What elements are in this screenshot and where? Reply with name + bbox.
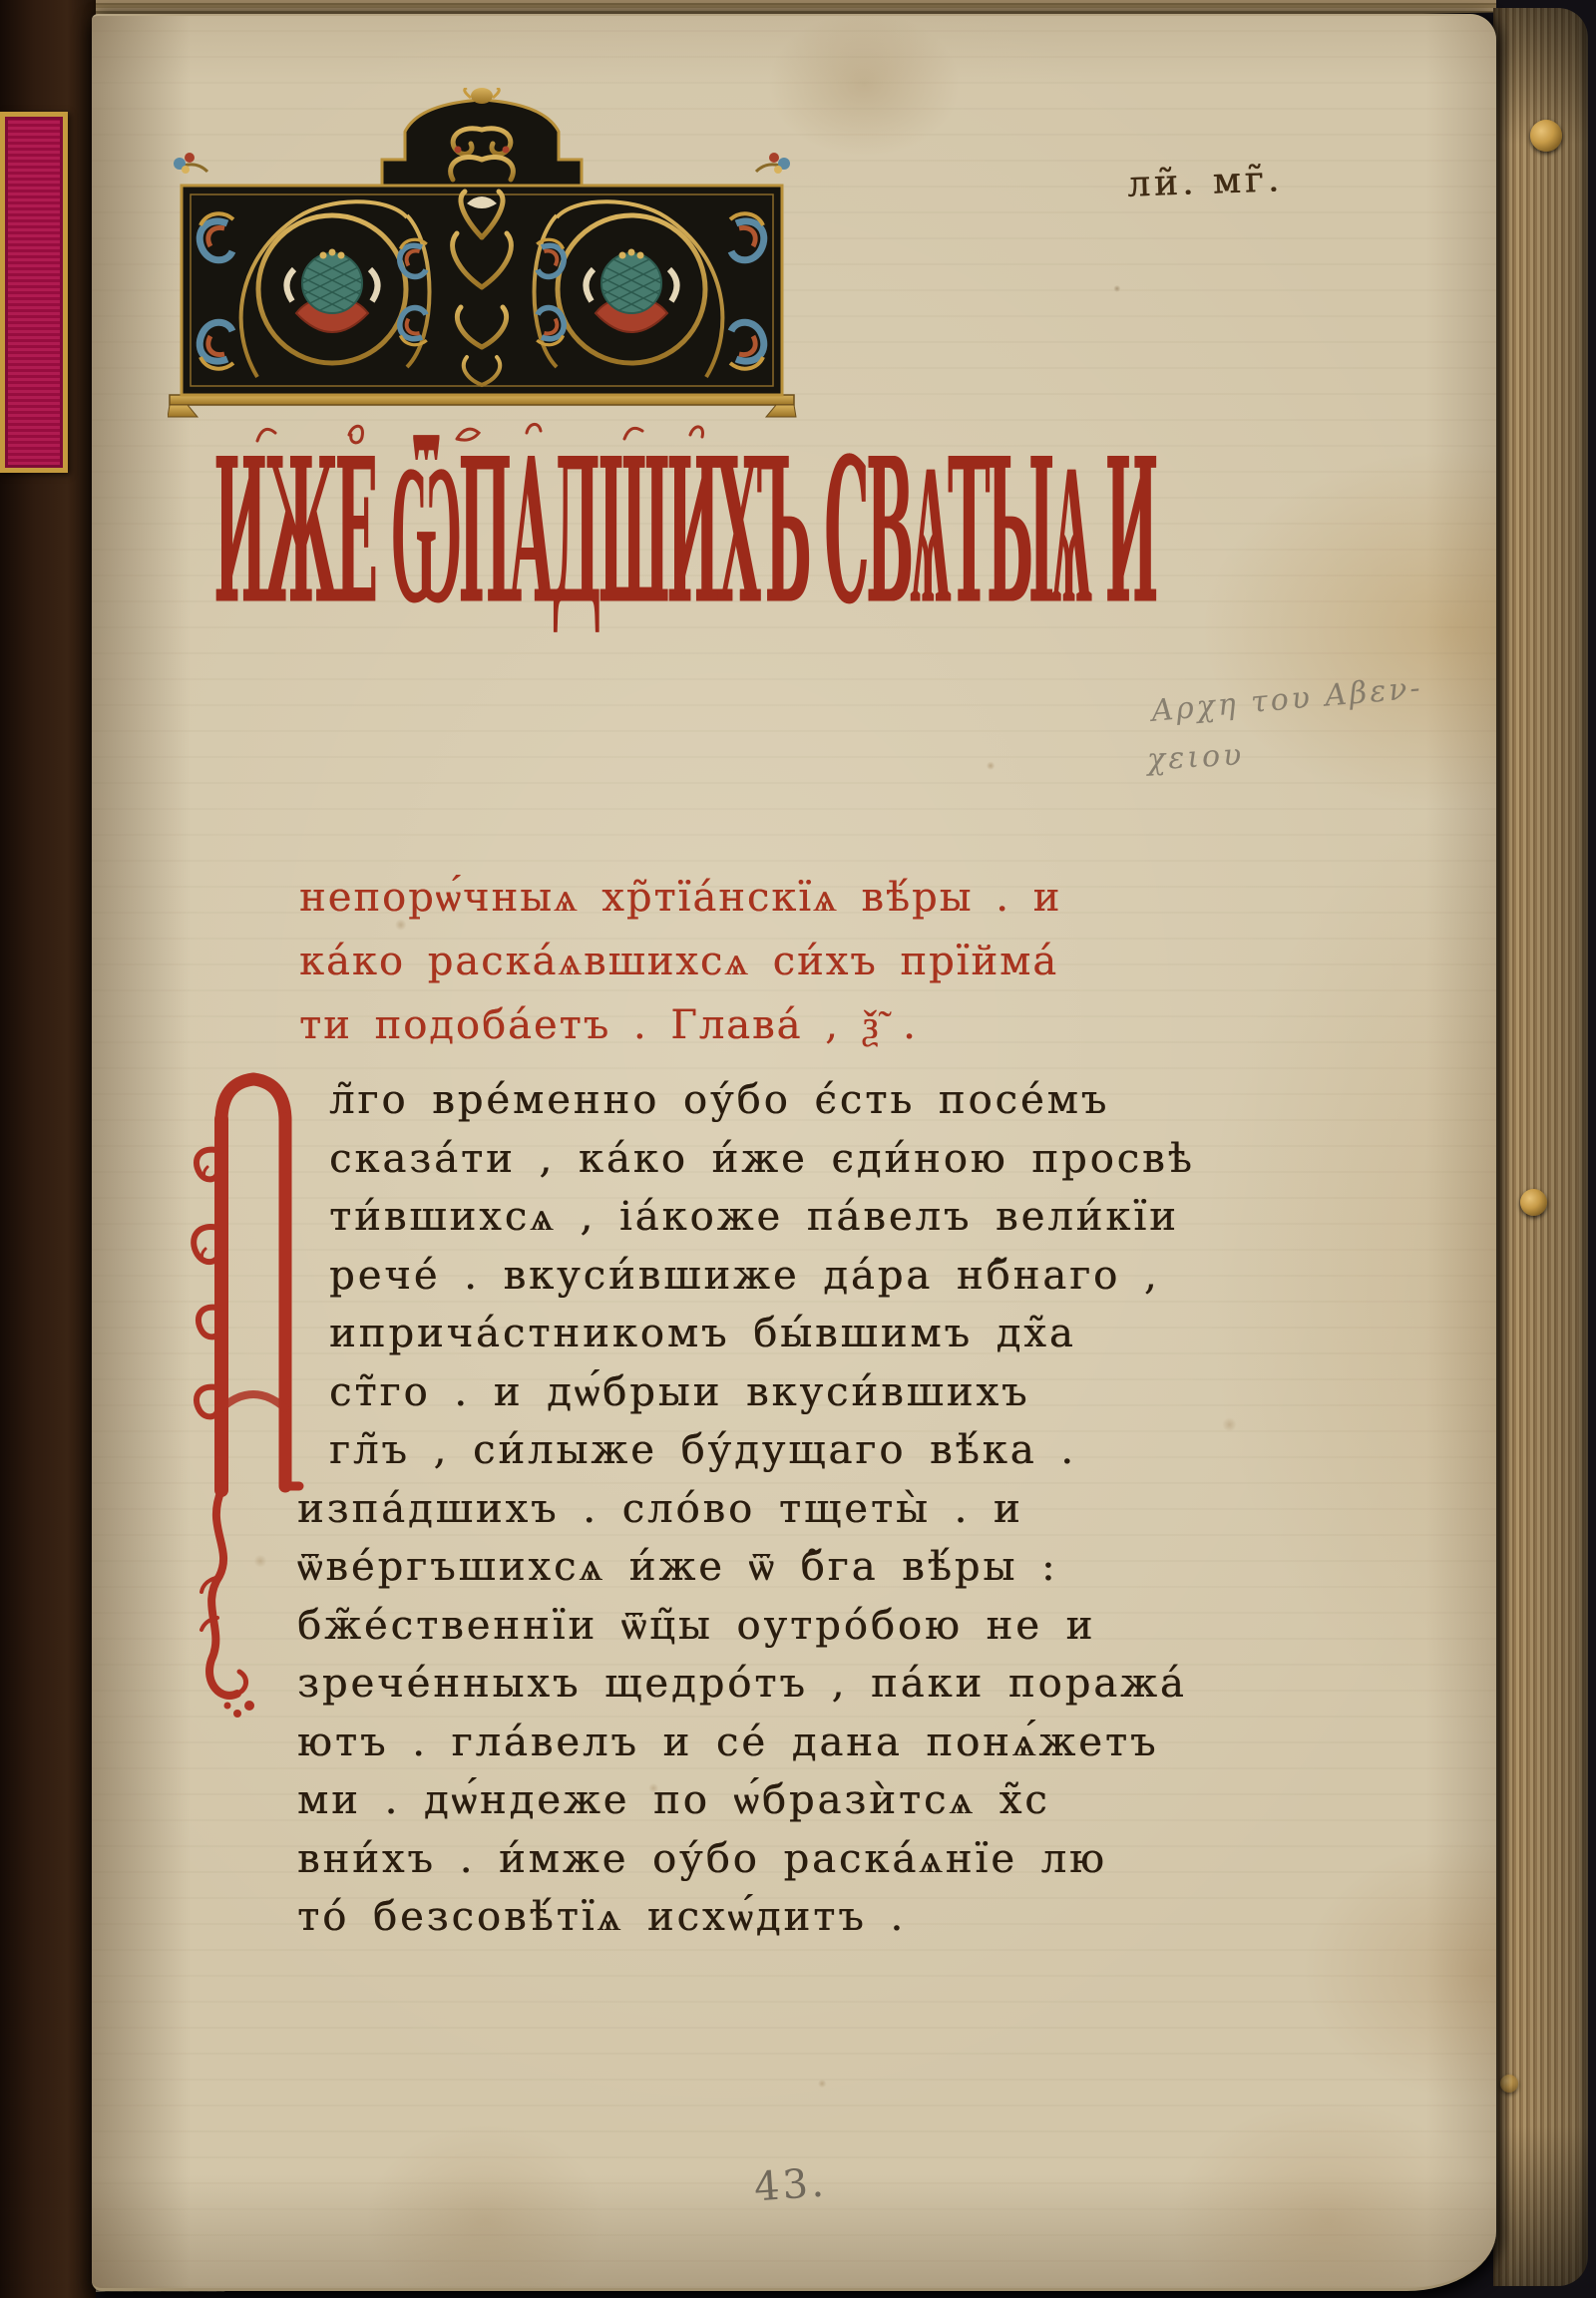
vyaz-superscript-flourishes [221, 413, 760, 447]
body-text-line: иприча́стникомъ бы́вшимъ дх̃а [329, 1305, 1281, 1363]
vyaz-title-text: ИЖЕ ѾПАДШИХЪ СВѦТЫѦ И [213, 445, 1155, 617]
folio-annotation: ли̃. мг̃. [1126, 159, 1283, 204]
parchment-page: ли̃. мг̃. ИЖЕ ѾПАДШИХЪ СВѦТЫѦ И непорѡ́ч… [92, 14, 1496, 2291]
body-text-line: сказа́ти , ка́ко и́же єди́ною просвѣ [329, 1130, 1281, 1189]
body-text-line: гл̃ъ , си́лыже бу́дущаго вѣ́ка . [329, 1421, 1281, 1480]
body-text-line: л̃го вре́менно оу́бо є́сть посе́мъ [329, 1071, 1281, 1130]
rubric-block: непорѡ́чныѧ хр̃тїа́нскїѧ вѣ́ры . ика́ко … [299, 866, 1297, 1057]
rubric-line: ти подоба́етъ . Глава́ , ѯ̃ . [299, 993, 1297, 1057]
body-text-line: зрече́нныхъ щедро́тъ , па́ки поража́ [297, 1655, 1281, 1714]
body-text-line: ютъ . гла́велъ и се́ дана понѧ́жетъ [297, 1714, 1281, 1772]
pencil-page-number: 43. [752, 2160, 828, 2211]
body-text-line: изпа́дшихъ . сло́во тщеты̀ . и [297, 1480, 1281, 1539]
vyaz-title-band: ИЖЕ ѾПАДШИХЪ СВѦТЫѦ И [213, 445, 772, 619]
brass-boss [1520, 1189, 1547, 1216]
book-fore-edge [1493, 8, 1588, 2286]
textile-inlay [0, 112, 68, 473]
manuscript-photo: ли̃. мг̃. ИЖЕ ѾПАДШИХЪ СВѦТЫѦ И непорѡ́ч… [0, 0, 1596, 2298]
body-text-line: ти́вшихсѧ , іа́коже па́велъ вели́кїи [329, 1188, 1281, 1247]
pencil-marginal-note: Αρχη του Αβεν- [1150, 670, 1424, 729]
body-text-line: то́ безсовѣ́тїѧ исхѡ́дитъ . [297, 1888, 1281, 1947]
brass-boss [1500, 2075, 1518, 2093]
body-text-line: рече́ . вкуси́вшиже да́ра нб̃наго , [329, 1247, 1281, 1306]
illuminated-headpiece [168, 88, 798, 433]
rubric-line: непорѡ́чныѧ хр̃тїа́нскїѧ вѣ́ры . и [299, 866, 1297, 930]
brass-boss [1530, 120, 1562, 152]
body-text-line: бж̃е́ственнїи ѿц̃ы оутро́бою не и [297, 1597, 1281, 1656]
body-text-line: ѿве́ргъшихсѧ и́же ѿ б̃га вѣ́ры : [297, 1538, 1281, 1597]
body-text-line: ми . дѡ́ндеже по ѡ́бразѝтсѧ х̃с [297, 1771, 1281, 1830]
body-text-block: л̃го вре́менно оу́бо є́сть посе́мъсказа́… [203, 1071, 1281, 1947]
rubric-line: ка́ко раска́ѧвшихсѧ си́хъ прїйма́ [299, 930, 1297, 993]
body-text-line: ст̃го . и дѡ́брыи вкуси́вшихъ [329, 1363, 1281, 1422]
body-text-line: вни́хъ . и́мже оу́бо раска́ѧнїе лю [297, 1830, 1281, 1889]
pencil-marginal-note: χειου [1146, 737, 1245, 777]
